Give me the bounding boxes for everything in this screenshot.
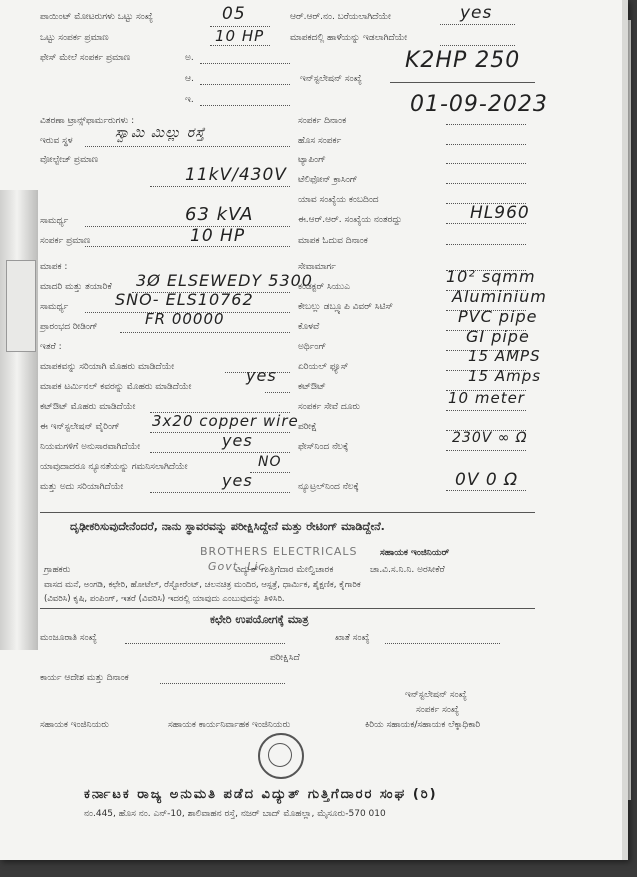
value-cable: Aluminium [452, 287, 547, 306]
value-voltage: 11kV/430V [185, 165, 287, 185]
dotline [200, 105, 290, 106]
label-office-installation-no: ಇನ್‌ಸ್ಟಲೇಷನ್ ಸಂಖ್ಯೆ [405, 690, 467, 700]
label-testing: ಪರೀಕ್ಷೆ [298, 422, 317, 432]
label-accounts-officer: ಕಿರಿಯ ಸಹಾಯಕ/ಸಹಾಯಕ ಲೆಕ್ಕಾಧಿಕಾರಿ [365, 720, 480, 730]
dotline [150, 492, 290, 493]
dotline [446, 124, 526, 125]
binder-clip-icon [6, 260, 36, 352]
value-as-per-rules: yes [222, 431, 253, 450]
sub-aa: ಆ. [185, 74, 194, 84]
label-pole-no: ಯಾವ ಸಂಖ್ಯೆಯ ಕಂಬದಿಂದ [298, 195, 379, 205]
label-capacity: ಸಾಮರ್ಥ್ಯ [40, 216, 68, 226]
label-meter-card: ಮಾಪಕದಲ್ಲಿ ಹಾಳೆಯನ್ನು ಇಡಲಾಗಿದೆಯೇ [290, 33, 407, 43]
dotline [200, 84, 290, 85]
label-sanction-no: ಮಂಜೂರಾತಿ ಸಂಖ್ಯೆ [40, 633, 97, 643]
value-installation-no: K2HP 250 [405, 48, 520, 73]
dotline [446, 410, 526, 411]
usage-line-2: (ವಿವರಿಸಿ) ಕೃಷಿ, ಪಂಪಿಂಗ್, ಇತರೆ (ವಿವರಿಸಿ) … [44, 594, 285, 604]
dotline [125, 643, 285, 644]
value-aerial-fuse: 15 AMPS [468, 347, 541, 365]
label-total-load: ಒಟ್ಟು ಸಂಪರ್ಕ ಪ್ರಮಾಣ [40, 33, 109, 43]
value-terminal-sealed: yes [246, 366, 277, 385]
label-others: ಇತರೆ : [40, 342, 62, 352]
contractor-stamp: BROTHERS ELECTRICALS [200, 545, 358, 558]
sub-a: ಅ. [185, 53, 194, 63]
label-initial-reading: ಪ್ರಾರಂಭದ ರೀಡಿಂಗ್ [40, 322, 98, 332]
value-make-model: 3Ø ELSEWEDY 5300 [136, 271, 313, 290]
dotline [446, 223, 526, 224]
label-total-motors: ಪಾಯಿಂಟ್ ಮೋಟರುಗಳು ಒಟ್ಟು ಸಂಖ್ಯೆ [40, 12, 153, 22]
dotline [446, 183, 526, 184]
sub-i: ಇ. [185, 95, 194, 105]
dotline [440, 45, 515, 46]
label-aee: ಸಹಾಯಕ ಕಾರ್ಯನಿರ್ವಾಹಕ ಇಂಜಿನಿಯರು [168, 720, 290, 730]
label-connected-load: ಸಂಪರ್ಕ ಪ್ರಮಾಣ [40, 236, 90, 246]
label-as-per-rules: ನಿಯಮಗಳಿಗೆ ಅನುಸಾರವಾಗಿದೆಯೇ [40, 442, 140, 452]
label-connection-date: ಸಂಪರ್ಕ ದಿನಾಂಕ [298, 116, 346, 126]
dotline [250, 472, 290, 473]
label-rectified: ಮತ್ತು ಅದು ಸರಿಯಾಗಿದೆಯೇ [40, 482, 123, 492]
value-earthing: GI pipe [466, 327, 530, 346]
label-office-connection-no: ಸಂಪರ್ಕ ಸಂಖ್ಯೆ [416, 705, 459, 715]
value-meter-serial: SNO- ELS10762 [115, 290, 254, 309]
label-voltage: ವೋಲ್ಟೇಜ್ ಪ್ರಮಾಣ [40, 155, 98, 165]
label-aerial-fuse: ಏರಿಯಲ್ ಫ್ಯೂಸ್ [298, 362, 348, 372]
label-meter: ಮಾಪಕ : [40, 262, 67, 272]
label-phase-load: ಫೇಸ್ ಮೇಲೆ ಸಂಪರ್ಕ ಪ್ರಮಾಣ [40, 53, 130, 63]
organization-name: ಕರ್ನಾಟಕ ರಾಜ್ಯ ಅನುಮತಿ ಪಡೆದ ವಿದ್ಯುತ್ ಗುತ್ತ… [84, 787, 438, 802]
value-total-load: 10 HP [215, 27, 264, 45]
dotline [385, 643, 500, 644]
label-assistant-engineer: ಸಹಾಯಕ ಇಂಜಿನಿಯರು [40, 720, 109, 730]
value-rectified: yes [222, 471, 253, 490]
label-cable: ಕೇಬಲ್ಲು ಡಬ್ಲ್ಯೂಪಿ ವಿವರ್ ಸಿಟಿಸ್ [298, 302, 393, 312]
label-meter-read-date: ಮಾಪಕ ಓದುವ ದಿನಾಂಕ [298, 236, 368, 246]
dotline [446, 490, 526, 491]
label-service-line: ಸೇವಾಮಾರ್ಗ [298, 262, 336, 272]
value-neutral-earth: 0V 0 Ω [455, 470, 518, 490]
dotline [200, 63, 290, 64]
dotline [85, 246, 290, 247]
label-make-model: ಮಾದರಿ ಮತ್ತು ತಯಾರಿಕೆ [40, 282, 112, 292]
value-capacity: 63 kVA [185, 204, 253, 225]
value-wiring: 3x20 copper wire [152, 412, 299, 430]
label-meter-sealed: ಮಾಪಕವನ್ನು ಸರಿಯಾಗಿ ಮೊಹರು ಮಾಡಿದೆಯೇ [40, 362, 174, 372]
label-neutral-earth: ನ್ಯೂಟ್ರಲ್‌ನಿಂದ ನೆಲಕ್ಕೆ [298, 482, 359, 492]
divider [40, 512, 535, 513]
office-use-title: ಕಛೇರಿ ಉಪಯೋಗಕ್ಕೆ ಮಾತ್ರ [210, 613, 309, 627]
dotline [265, 392, 290, 393]
underline [390, 82, 535, 83]
label-telephone-crossing: ಟೆಲಿಫೋನ್ ಕ್ರಾಸಿಂಗ್ [298, 175, 358, 185]
dotline [150, 432, 290, 433]
value-defects: NO [258, 454, 282, 470]
label-defects: ಯಾವುದಾದರೂ ನ್ಯೂನತೆಯನ್ನು ಗಮನಿಸಲಾಗಿದೆಯೇ [40, 462, 188, 472]
value-date: 01-09-2023 [410, 92, 548, 117]
value-initial-reading: FR 00000 [145, 310, 225, 328]
label-new-connection: ಹೊಸ ಸಂಪರ್ಕ [298, 136, 341, 146]
dotline [446, 163, 526, 164]
dotline [446, 244, 526, 245]
binder-strip [0, 190, 38, 650]
value-connected-load: 10 HP [190, 226, 245, 246]
label-conduit: ಕೊಳವೆ [298, 322, 319, 332]
label-inspected: ಪರೀಕ್ಷಿಸಿದೆ [270, 653, 300, 663]
value-phase-earth: 230V ∞ Ω [452, 430, 528, 446]
dotline [440, 24, 515, 25]
signature-consumer: ಗ್ರಾಹಕರು [44, 565, 70, 575]
usage-line-1: ವಾಸದ ಮನೆ, ಅಂಗಡಿ, ಕಛೇರಿ, ಹೋಟೆಲ್, ರೆಸ್ಟೋರೆ… [44, 580, 361, 590]
association-seal-icon [258, 733, 304, 779]
label-earthing: ಅರ್ಥಿಂಗ್ [298, 342, 326, 352]
divider [40, 608, 535, 609]
value-rr-written: yes [460, 3, 492, 23]
value-service-distance: 10 meter [448, 389, 525, 407]
label-account-no: ಖಾತೆ ಸಂಖ್ಯೆ [335, 633, 370, 643]
label-tapping: ಟ್ಯಾಪಿಂಗ್ [298, 155, 326, 165]
dotline [150, 186, 290, 187]
label-location: ಇರುವ ಸ್ಥಳ [40, 136, 73, 146]
value-cutout: 15 Amps [468, 367, 541, 385]
signature-supervisor: ವಿದ್ಯುತ್ ಗುತ್ತಿಗೆದಾರ ಮೇಲ್ವಿಚಾರಕ [235, 565, 333, 575]
label-cutout: ಕಟ್‌ಔಟ್ [298, 382, 326, 392]
dotline [160, 683, 285, 684]
value-total-motors: 05 [222, 4, 246, 24]
label-after-rr: ಈ.ಆರ್.ಆರ್. ಸಂಖ್ಯೆಯ ನಂತರದ್ದು [298, 215, 402, 225]
dotline [210, 45, 270, 46]
value-after-rr: HL960 [470, 203, 530, 223]
organization-address: ನಂ.445, ಹೊಸ ನಂ. ಎನ್-10, ಶಾಲಿವಾಹನ ರಸ್ತೆ, … [84, 809, 386, 819]
label-service-distance: ಸಂಪರ್ಕ ಸೇವೆ ದೂರು [298, 402, 360, 412]
dotline [85, 146, 290, 147]
form-page: ಪಾಯಿಂಟ್ ಮೋಟರುಗಳು ಒಟ್ಟು ಸಂಖ್ಯೆ 05 ಒಟ್ಟು ಸ… [0, 0, 628, 860]
label-rr-written: ಆರ್.ಆರ್.ನಂ. ಬರೆಯಲಾಗಿದೆಯೇ [290, 12, 391, 22]
value-location: ಸ್ವಾಮಿ ಮಿಲ್ಲು ರಸ್ತೆ [115, 125, 205, 141]
label-wiring: ಈ ಇನ್‌ಸ್ಟಲೇಷನ್ ವೈರಿಂಗ್ [40, 422, 120, 432]
dotline [446, 144, 526, 145]
label-terminal-sealed: ಮಾಪಕ ಟರ್ಮಿನಲ್ ಕವರನ್ನು ಮೊಹರು ಮಾಡಿದೆಯೇ [40, 382, 191, 392]
value-conductor: 10² sqmm [446, 267, 536, 286]
label-installation-no: ಇನ್‌ಸ್ಟಲೇಷನ್ ಸಂಖ್ಯೆ [300, 74, 362, 84]
label-cutout-sealed: ಕಟ್‌ಔಟ್ ಮೊಹರು ಮಾಡಿದೆಯೇ [40, 402, 135, 412]
dotline [150, 452, 290, 453]
dotline [446, 450, 526, 451]
dotline [85, 226, 290, 227]
declaration-text: ದೃಢೀಕರಿಸುವುದೇನೆಂದರೆ, ನಾನು ಸ್ಥಾವರವನ್ನು ಪರ… [70, 520, 385, 534]
dotline [120, 332, 290, 333]
label-meter-capacity: ಸಾಮರ್ಥ್ಯ [40, 302, 68, 312]
label-phase-earth: ಫೇಸ್‌ನಿಂದ ನೆಲಕ್ಕೆ [298, 442, 348, 452]
label-conductor: ಕಂಡಕ್ಟರ್ ಸಿಯುಎ [298, 282, 350, 292]
signature-office: ಚಾ.ವಿ.ಸ.ನಿ.ನಿ. ಅರಸೀಕೆರೆ [370, 565, 445, 575]
label-work-order: ಕಾರ್ಯ ಆದೇಶ ಮತ್ತು ದಿನಾಂಕ [40, 673, 129, 683]
signature-ae: ಸಹಾಯಕ ಇಂಜಿನಿಯರ್ [380, 548, 449, 558]
value-conduit: PVC pipe [458, 307, 537, 326]
